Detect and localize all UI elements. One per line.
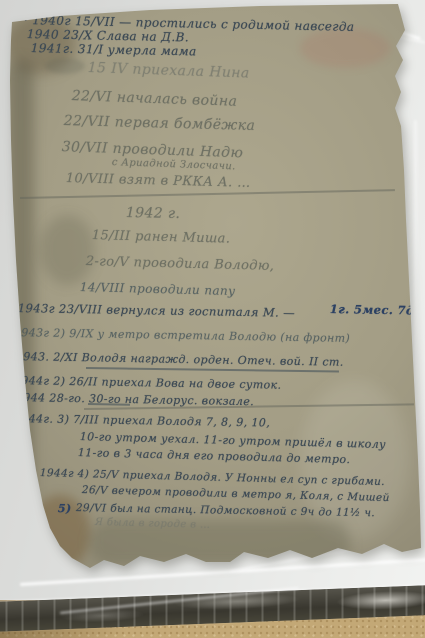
paper-sheet: · 1940г 15/VII — простились с родимой на…	[0, 0, 425, 638]
paper-stain	[300, 28, 390, 68]
handwritten-line: 15/III ранен Миша.	[92, 228, 231, 247]
handwritten-line: 1944г. 3) 7/III приехал Володя 7, 8, 9, …	[14, 412, 271, 429]
handwritten-line: 1942 г.	[126, 205, 181, 222]
paper-stain	[40, 215, 95, 285]
handwritten-line: 15 IV приехала Нина	[87, 60, 249, 82]
paper-stain	[45, 58, 85, 74]
handwritten-line: 14/VIII проводили папу	[80, 280, 236, 298]
handwritten-line: 1г. 5мес. 7дн.	[330, 302, 425, 318]
handwritten-line: 2-го/V проводила Володю,	[86, 254, 275, 274]
handwritten-underline	[20, 189, 395, 198]
handwritten-line: 22/VII первая бомбёжка	[64, 113, 256, 134]
handwritten-line: 1943г 23/VIII вернулся из госпиталя М. —	[18, 301, 295, 320]
handwritten-line: 1943г 2) 9/IX у метро встретила Володю (…	[14, 326, 351, 345]
diary-page: · 1940г 15/VII — простились с родимой на…	[0, 0, 425, 638]
handwritten-line: 22/VI началась война	[71, 88, 237, 110]
handwritten-line: 5)	[58, 502, 72, 515]
handwritten-line: 1943. 2/XI Володя награжд. орден. Отеч. …	[16, 350, 344, 369]
paper-stain	[8, 60, 34, 540]
handwritten-line: 1944г 2) 26/II приехал Вова на двое суто…	[14, 374, 282, 392]
photo-scene: · 1940г 15/VII — простились с родимой на…	[0, 0, 425, 638]
handwritten-line: 10/VIII взят в РККА А. …	[66, 171, 251, 191]
